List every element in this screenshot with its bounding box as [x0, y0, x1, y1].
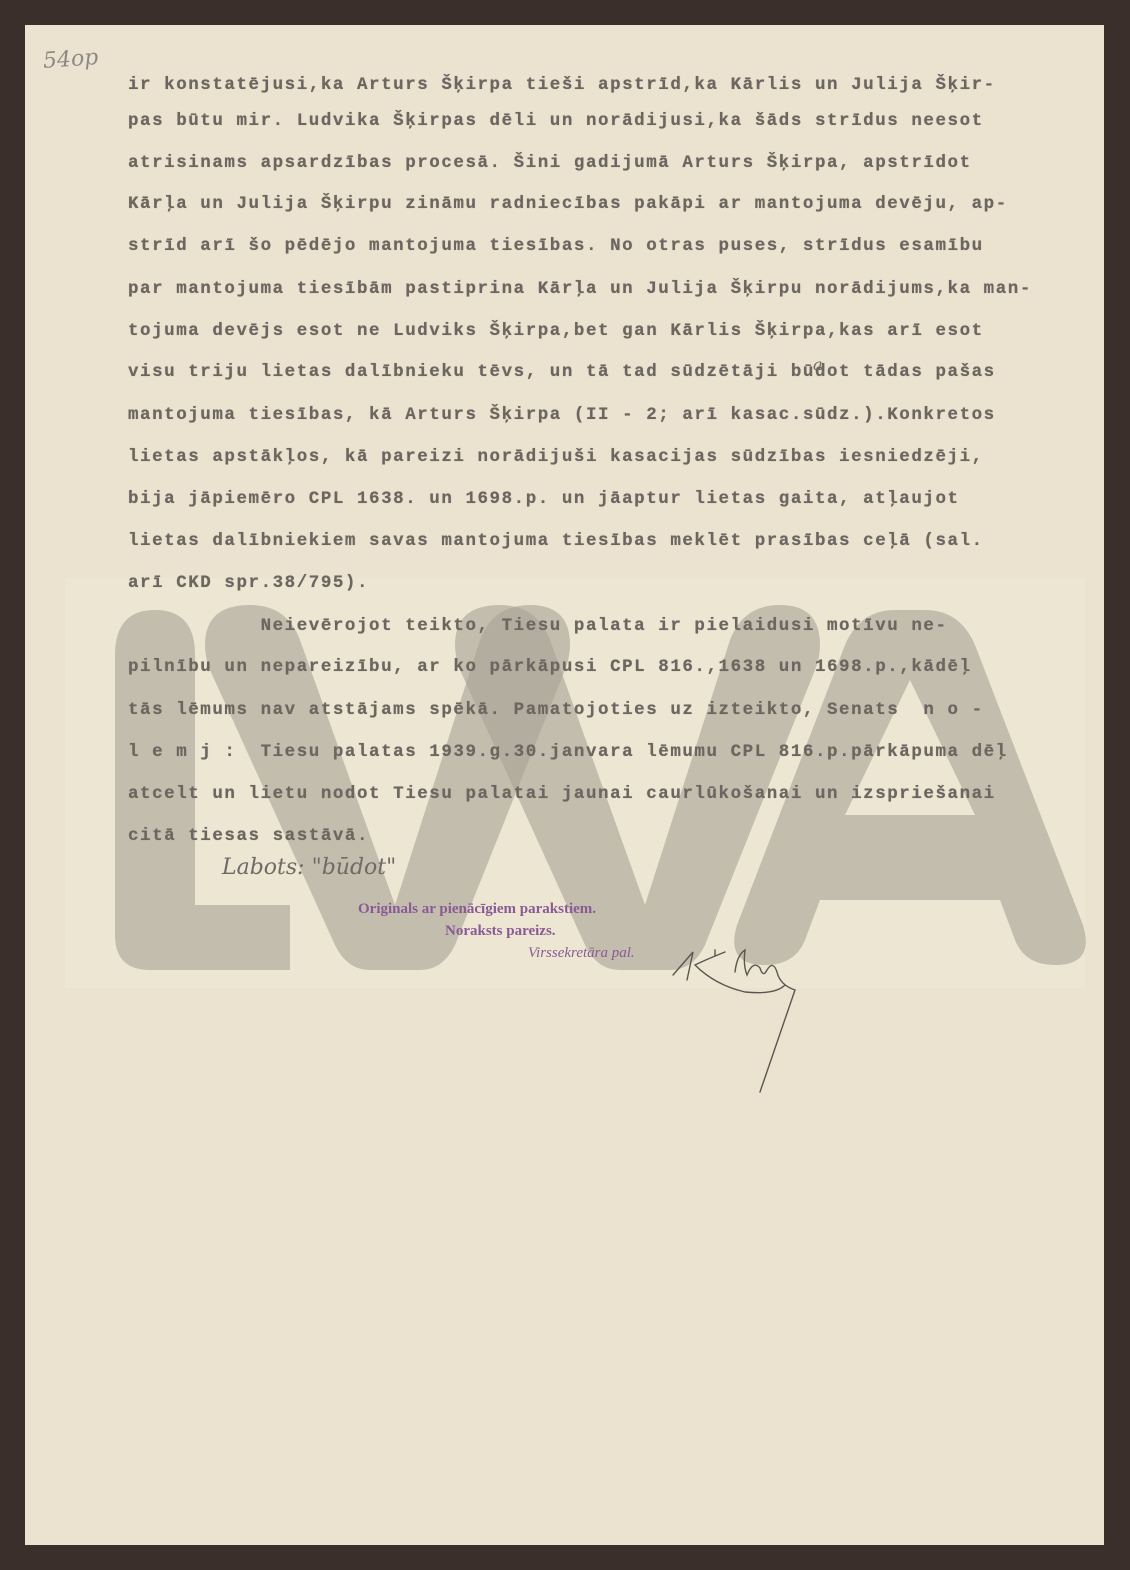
text-line: arī CKD spr.38/795).: [128, 573, 369, 593]
signature-icon: [665, 930, 825, 1100]
text-line: Neievērojot teikto, Tiesu palata ir piel…: [128, 616, 948, 636]
stamp-line-secretary: Virssekretāra pal.: [528, 945, 635, 962]
handwritten-note: Labots: "būdot": [222, 855, 396, 880]
text-line: par mantojuma tiesībām pastiprina Kārļa …: [128, 279, 1032, 299]
text-line: lietas dalībniekiem savas mantojuma ties…: [128, 531, 984, 551]
stamp-line-copy-correct: Noraksts pareizs.: [445, 923, 556, 940]
text-line: atcelt un lietu nodot Tiesu palatai jaun…: [128, 784, 996, 804]
document-page: 54op ir konstatējusi,ka Arturs Šķirpa ti…: [25, 25, 1104, 1545]
watermark-band: [65, 578, 1085, 988]
text-line: tās lēmums nav atstājams spēkā. Pamatojo…: [128, 700, 984, 720]
text-line: strīd arī šo pēdējo mantojuma tiesības. …: [128, 236, 984, 256]
text-line: l e m j : Tiesu palatas 1939.g.30.janvar…: [128, 742, 1008, 762]
stamp-line-original: Originals ar pienācīgiem parakstiem.: [358, 901, 596, 918]
text-line: pilnību un nepareizību, ar ko pārkāpusi …: [128, 657, 972, 677]
folio-number: 54op: [42, 45, 99, 74]
text-line: Kārļa un Julija Šķirpu zināmu radniecība…: [128, 194, 1008, 214]
text-line: visu triju lietas dalībnieku tēvs, un tā…: [128, 362, 996, 382]
text-line: mantojuma tiesības, kā Arturs Šķirpa (II…: [128, 405, 996, 425]
text-line: pas būtu mir. Ludvika Šķirpas dēli un no…: [128, 111, 984, 131]
text-line: tojuma devējs esot ne Ludviks Šķirpa,bet…: [128, 321, 984, 341]
text-line: citā tiesas sastāvā.: [128, 826, 369, 846]
text-line: ir konstatējusi,ka Arturs Šķirpa tieši a…: [128, 75, 996, 95]
text-line: atrisinams apsardzības procesā. Šini gad…: [128, 153, 972, 173]
text-line: lietas apstākļos, kā pareizi norādijuši …: [128, 447, 984, 467]
text-line: bija jāpiemēro CPL 1638. un 1698.p. un j…: [128, 489, 960, 509]
interlinear-correction: a: [813, 355, 823, 374]
